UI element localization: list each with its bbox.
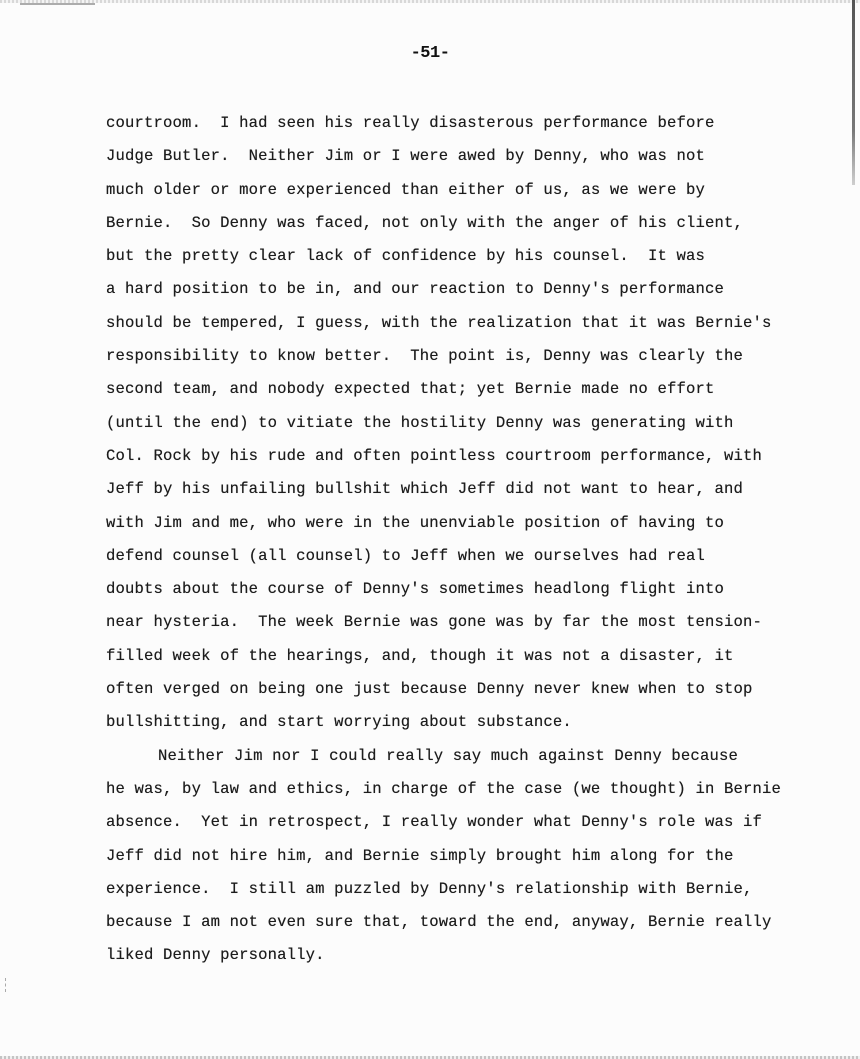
text-line: he was, by law and ethics, in charge of … xyxy=(106,777,846,810)
paragraph: courtroom. I had seen his really disaste… xyxy=(106,111,846,744)
text-line: much older or more experienced than eith… xyxy=(106,178,846,211)
text-line: second team, and nobody expected that; y… xyxy=(106,377,846,410)
text-line: Bernie. So Denny was faced, not only wit… xyxy=(106,211,846,244)
page-number: -51- xyxy=(0,44,860,63)
text-line: absence. Yet in retrospect, I really won… xyxy=(106,810,846,843)
text-line: experience. I still am puzzled by Denny'… xyxy=(106,877,846,910)
text-line: (until the end) to vitiate the hostility… xyxy=(106,411,846,444)
text-line: often verged on being one just because D… xyxy=(106,677,846,710)
text-line: but the pretty clear lack of confidence … xyxy=(106,244,846,277)
text-line: Jeff by his unfailing bullshit which Jef… xyxy=(106,477,846,510)
text-line: with Jim and me, who were in the unenvia… xyxy=(106,511,846,544)
text-line: filled week of the hearings, and, though… xyxy=(106,644,846,677)
text-line: a hard position to be in, and our reacti… xyxy=(106,277,846,310)
text-line: doubts about the course of Denny's somet… xyxy=(106,577,846,610)
text-line: Jeff did not hire him, and Bernie simply… xyxy=(106,844,846,877)
text-line: Neither Jim nor I could really say much … xyxy=(106,744,846,777)
text-line: Judge Butler. Neither Jim or I were awed… xyxy=(106,144,846,177)
text-line: should be tempered, I guess, with the re… xyxy=(106,311,846,344)
scan-smudge xyxy=(20,3,95,5)
text-line: responsibility to know better. The point… xyxy=(106,344,846,377)
text-line: defend counsel (all counsel) to Jeff whe… xyxy=(106,544,846,577)
text-line: bullshitting, and start worrying about s… xyxy=(106,710,846,743)
text-line: liked Denny personally. xyxy=(106,943,846,976)
text-line: Col. Rock by his rude and often pointles… xyxy=(106,444,846,477)
scan-top-edge xyxy=(0,0,860,3)
text-line: courtroom. I had seen his really disaste… xyxy=(106,111,846,144)
text-line: near hysteria. The week Bernie was gone … xyxy=(106,610,846,643)
scan-margin-mark xyxy=(5,978,7,992)
scan-right-edge xyxy=(852,0,855,185)
paragraph: Neither Jim nor I could really say much … xyxy=(106,744,846,977)
typewritten-body: courtroom. I had seen his really disaste… xyxy=(106,111,846,977)
text-line: because I am not even sure that, toward … xyxy=(106,910,846,943)
